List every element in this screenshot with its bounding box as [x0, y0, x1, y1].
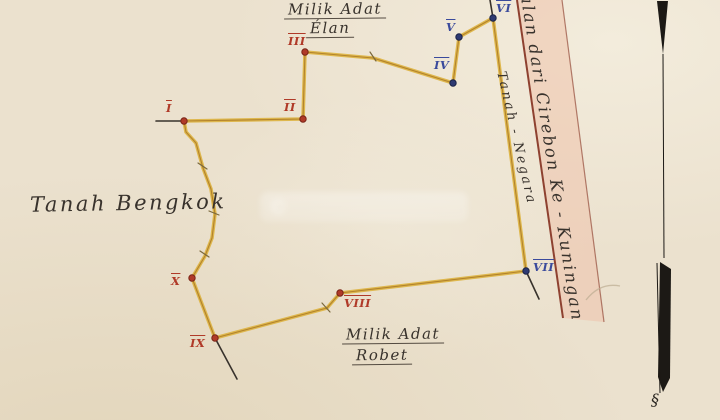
- scanned-cadastral-map: { "labels": { "plot_top_line1": "Milik A…: [0, 0, 720, 420]
- vertex-label-VIII: VIII: [344, 296, 371, 310]
- watermark: ©: [260, 192, 468, 222]
- caption-plot-top-line2: Élan: [306, 19, 355, 39]
- vertex-label-IX: IX: [190, 336, 205, 350]
- vertex-label-V: V: [446, 20, 455, 34]
- label-layer: Milik Adat Élan Milik Adat Robet Tanah B…: [0, 0, 720, 420]
- vertex-label-IV: IV: [434, 58, 449, 72]
- caption-plot-top-line1: Milik Adat: [284, 0, 386, 20]
- vertex-label-X: X: [171, 274, 180, 288]
- vertex-label-VI: VI: [496, 1, 511, 15]
- south-mark: §: [651, 390, 659, 409]
- caption-plot-bottom-line2: Robet: [352, 346, 413, 366]
- vertex-label-VII: VII: [533, 260, 554, 274]
- caption-plot-bottom-line1: Milik Adat: [342, 324, 444, 344]
- vertex-label-III: III: [288, 34, 306, 48]
- vertex-label-I: I: [166, 101, 172, 115]
- vertex-label-II: II: [284, 100, 296, 114]
- label-parcel-left: Tanah Bengkok: [30, 189, 227, 216]
